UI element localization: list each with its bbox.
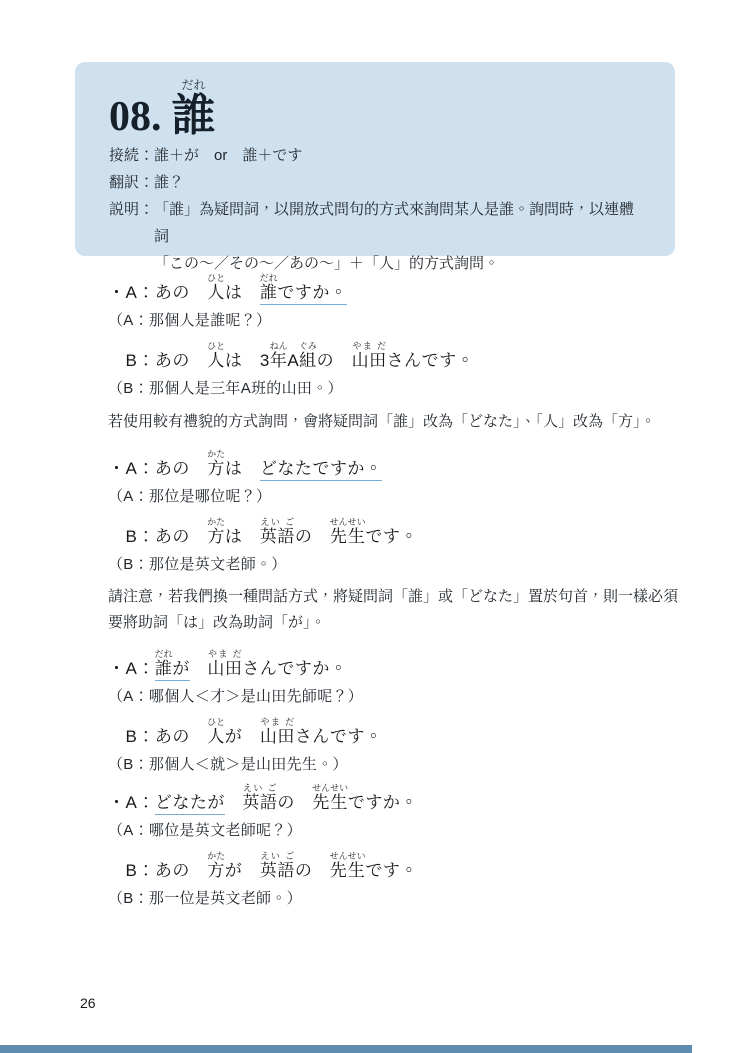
bottom-accent-bar	[0, 1045, 692, 1053]
explanation-line: 説明： 「誰」為疑問詞，以開放式問句的方式來詢問某人是誰。詢問時，以連體詞 「こ…	[109, 196, 645, 277]
cn-translation-b: （B：那個人是三年A班的山田。）	[108, 377, 678, 398]
cn-translation-b: （B：那位是英文老師。）	[108, 553, 678, 574]
jp-sentence-b: B：あの 人ひとが 山田やま ださんです。	[108, 716, 678, 746]
grammar-word-text: 誰	[172, 91, 216, 140]
grammar-title: 08. 誰だれ	[109, 76, 645, 138]
jp-sentence-a: ・A：あの 人ひとは 誰だれですか。	[108, 272, 678, 302]
cn-translation-b: （B：那一位是英文老師。）	[108, 887, 678, 908]
jp-sentence-a: ・A：あの 方かたは どなたですか。	[108, 448, 678, 478]
cn-translation-a: （A：哪個人＜才＞是山田先師呢？）	[108, 685, 678, 706]
example-block-1: ・A：あの 人ひとは 誰だれですか。 （A：那個人是誰呢？） B：あの 人ひとは…	[108, 272, 678, 408]
grammar-word-furigana: だれ	[172, 78, 216, 92]
jp-sentence-a: ・A：誰だれが 山田やま ださんですか。	[108, 648, 678, 678]
example-block-2: ・A：あの 方かたは どなたですか。 （A：那位是哪位呢？） B：あの 方かたは…	[108, 448, 678, 584]
note-paragraph-1: 若使用較有禮貌的方式詢問，會將疑問詞「誰」改為「どなた」、「人」改為「方」。	[108, 409, 678, 435]
connection-value: 誰＋が or 誰＋です	[154, 142, 302, 169]
jp-sentence-b: B：あの 方かたは 英語えい ごの 先生せんせいです。	[108, 516, 678, 546]
textbook-page: 08. 誰だれ 接続： 誰＋が or 誰＋です 翻訳： 誰？ 説明： 「誰」為疑…	[0, 0, 750, 1053]
connection-label: 接続：	[109, 142, 154, 169]
translation-line: 翻訳： 誰？	[109, 169, 645, 196]
translation-label: 翻訳：	[109, 169, 154, 196]
translation-value: 誰？	[154, 169, 184, 196]
cn-translation-a: （A：那位是哪位呢？）	[108, 485, 678, 506]
cn-translation-a: （A：那個人是誰呢？）	[108, 309, 678, 330]
explanation-label: 説明：	[109, 196, 154, 277]
connection-line: 接続： 誰＋が or 誰＋です	[109, 142, 645, 169]
cn-translation-b: （B：那個人＜就＞是山田先生。）	[108, 753, 678, 774]
jp-sentence-a: ・A：どなたが 英語えい ごの 先生せんせいですか。	[108, 782, 678, 812]
jp-sentence-b: B：あの 方かたが 英語えい ごの 先生せんせいです。	[108, 850, 678, 880]
grammar-number: 08.	[109, 96, 162, 138]
jp-sentence-b: B：あの 人ひとは 3年ねんA組ぐみの 山田やま ださんです。	[108, 340, 678, 370]
cn-translation-a: （A：哪位是英文老師呢？）	[108, 819, 678, 840]
explanation-value: 「誰」為疑問詞，以開放式問句的方式來詢問某人是誰。詢問時，以連體詞 「この〜／そ…	[154, 196, 645, 277]
grammar-header-box: 08. 誰だれ 接続： 誰＋が or 誰＋です 翻訳： 誰？ 説明： 「誰」為疑…	[75, 62, 675, 256]
example-block-3: ・A：誰だれが 山田やま ださんですか。 （A：哪個人＜才＞是山田先師呢？） B…	[108, 648, 678, 784]
note-paragraph-2: 請注意，若我們換一種問話方式，將疑問詞「誰」或「どなた」置於句首，則一樣必須 要…	[108, 584, 678, 636]
grammar-word: 誰だれ	[172, 78, 216, 138]
page-number: 26	[80, 995, 96, 1011]
example-block-4: ・A：どなたが 英語えい ごの 先生せんせいですか。 （A：哪位是英文老師呢？）…	[108, 782, 678, 918]
